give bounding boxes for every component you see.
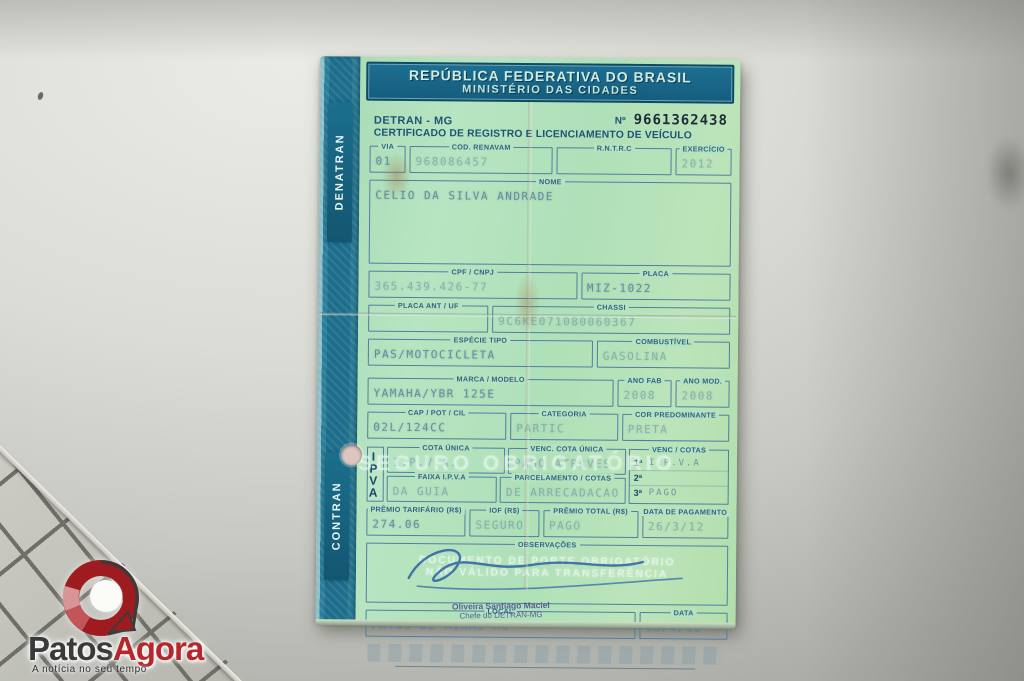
row-observacoes: OBSERVAÇÕES DOCUMENTO DE PORTE OBRIGATÓR… bbox=[366, 543, 729, 606]
field-cota-unica-value: I.P.V.A. bbox=[388, 448, 504, 472]
field-rntrc-value bbox=[558, 148, 671, 159]
document-left-strip: DENATRAN CONTRAN bbox=[316, 56, 361, 622]
field-marca-modelo: MARCA / MODELO YAMAHA/YBR 125E bbox=[367, 378, 613, 407]
field-combustivel-value: GASOLINA bbox=[598, 342, 729, 366]
field-faixa-ipva: FAIXA I.P.V.A DA GUIA bbox=[387, 476, 498, 503]
venc-cota-2-num: 2ª bbox=[634, 473, 649, 483]
field-ano-modelo: ANO MOD. 2008 bbox=[675, 380, 729, 407]
field-placa: PLACA MIZ-1022 bbox=[581, 272, 731, 300]
field-data: DATA 13/4/12 bbox=[639, 612, 727, 640]
field-cpf-value: 365.439.426-77 bbox=[369, 272, 576, 297]
punched-hole bbox=[341, 444, 362, 465]
field-parcelamento-cotas: PARCELAMENTO / COTAS DE ARRECADACAO bbox=[500, 477, 626, 504]
field-nome-value: CELIO DA SILVA ANDRADE bbox=[370, 181, 730, 207]
field-premio-tarifario-value: 274.06 bbox=[367, 510, 464, 534]
field-premio-total: PRÊMIO TOTAL (R$) PAGO bbox=[543, 510, 638, 538]
field-local-value: PATOS DE MINAS-MG bbox=[366, 611, 634, 636]
field-data-pagamento-value: 26/3/12 bbox=[643, 512, 728, 536]
document-number-value: 9661362438 bbox=[634, 112, 728, 129]
field-parcelamento-cotas-value: DE ARRECADACAO bbox=[501, 478, 625, 502]
field-placa-value: MIZ-1022 bbox=[582, 273, 730, 297]
row-premios: PRÊMIO TARIFÁRIO (R$) 274.06 IOF (R$) SE… bbox=[366, 509, 728, 539]
field-cpf: CPF / CNPJ 365.439.426-77 bbox=[368, 271, 577, 300]
field-faixa-ipva-value: DA GUIA bbox=[388, 477, 496, 501]
field-data-pagamento: DATA DE PAGAMENTO 26/3/12 bbox=[642, 511, 729, 539]
issuer-name: DETRAN - MG bbox=[374, 115, 453, 128]
field-ano-fabricacao-value: 2008 bbox=[618, 381, 670, 404]
row-marca-anos: MARCA / MODELO YAMAHA/YBR 125E ANO FAB 2… bbox=[367, 378, 729, 408]
contran-vertical-label: CONTRAN bbox=[324, 452, 350, 580]
signature-icon bbox=[373, 536, 719, 605]
venc-cota-1-value: I.P.V.A bbox=[649, 458, 701, 468]
field-observacoes: OBSERVAÇÕES DOCUMENTO DE PORTE OBRIGATÓR… bbox=[366, 543, 729, 606]
field-premio-total-value: PAGO bbox=[544, 511, 637, 535]
denatran-vertical-label: DENATRAN bbox=[327, 102, 353, 242]
field-cap-pot-cil: CAP / POT / CIL 02L/124CC bbox=[367, 412, 506, 440]
table-speck bbox=[37, 91, 44, 100]
document-body: REPÚBLICA FEDERATIVA DO BRASIL MINISTÉRI… bbox=[356, 57, 741, 626]
row-cpf-placa: CPF / CNPJ 365.439.426-77 PLACA MIZ-1022 bbox=[368, 271, 730, 301]
field-iof: IOF (R$) SEGURO bbox=[469, 509, 539, 537]
row-nome: NOME CELIO DA SILVA ANDRADE bbox=[369, 180, 732, 267]
wordmark-patos: Patos bbox=[28, 630, 113, 667]
document-number: Nº9661362438 bbox=[615, 111, 728, 130]
background-shadow-right bbox=[804, 0, 1024, 681]
field-combustivel: COMBUSTÍVEL GASOLINA bbox=[597, 341, 730, 369]
field-ano-fabricacao: ANO FAB 2008 bbox=[617, 380, 671, 407]
bottom-rule bbox=[395, 666, 695, 670]
field-especie-tipo: ESPÉCIE TIPO PAS/MOTOCICLETA bbox=[368, 339, 593, 368]
row-cap-categoria-cor: CAP / POT / CIL 02L/124CC CATEGORIA PART… bbox=[367, 412, 729, 442]
document-title: CERTIFICADO DE REGISTRO E LICENCIAMENTO … bbox=[374, 128, 734, 142]
field-cota-unica: COTA ÚNICA I.P.V.A. bbox=[387, 447, 505, 474]
ipva-vertical-label: IPVA bbox=[367, 447, 384, 502]
row-especie-combustivel: ESPÉCIE TIPO PAS/MOTOCICLETA COMBUSTÍVEL… bbox=[368, 339, 730, 369]
bottom-ghost-band bbox=[367, 644, 723, 665]
field-premio-tarifario: PRÊMIO TARIFÁRIO (R$) 274.06 bbox=[366, 509, 465, 537]
venc-cota-3-value: PAGO bbox=[649, 488, 679, 498]
field-local: LOCAL PATOS DE MINAS-MG Oliveira Santiag… bbox=[365, 610, 635, 639]
venc-cota-1-num: 1ª bbox=[634, 458, 649, 468]
field-venc-cotas: VENC / COTAS 1ª I.P.V.A 2ª 3ª PAGO bbox=[629, 449, 729, 505]
ipva-row-2: FAIXA I.P.V.A DA GUIA PARCELAMENTO / COT… bbox=[387, 476, 626, 504]
table-smudge bbox=[986, 136, 1024, 210]
header-country: REPÚBLICA FEDERATIVA DO BRASIL bbox=[370, 67, 730, 86]
field-cor-predominante: COR PREDOMINANTE PRETA bbox=[622, 414, 730, 442]
field-data-value: 13/4/12 bbox=[640, 613, 726, 637]
photo-scene: DENATRAN CONTRAN REPÚBLICA FEDERATIVA DO… bbox=[0, 0, 1024, 681]
venc-cota-row-3: 3ª PAGO bbox=[630, 486, 728, 501]
row-placaant-chassi: PLACA ANT / UF CHASSI 9C6KE071080060367 bbox=[368, 305, 730, 335]
field-cor-predominante-value: PRETA bbox=[623, 415, 729, 439]
field-nome: NOME CELIO DA SILVA ANDRADE bbox=[369, 180, 732, 267]
row-local-data: LOCAL PATOS DE MINAS-MG Oliveira Santiag… bbox=[365, 610, 727, 640]
wordmark-agora: Agora bbox=[113, 630, 203, 667]
row-via-renavam: VIA 01 COD. RENAVAM 968086457 R.N.T.R.C … bbox=[369, 146, 731, 176]
document-number-label: Nº bbox=[615, 116, 626, 127]
venc-cota-row-1: 1ª I.P.V.A bbox=[630, 456, 728, 472]
patosagora-wordmark: PatosAgora bbox=[28, 632, 203, 665]
field-exercicio-value: 2012 bbox=[676, 149, 730, 172]
venc-cota-row-2: 2ª bbox=[630, 471, 728, 487]
vehicle-registration-document: DENATRAN CONTRAN REPÚBLICA FEDERATIVA DO… bbox=[316, 56, 741, 626]
field-exercicio: EXERCÍCIO 2012 bbox=[675, 148, 731, 175]
field-rntrc: R.N.T.R.C bbox=[557, 147, 672, 175]
field-cap-pot-cil-value: 02L/124CC bbox=[368, 413, 505, 437]
field-marca-modelo-value: YAMAHA/YBR 125E bbox=[368, 379, 612, 404]
field-ano-modelo-value: 2008 bbox=[676, 381, 728, 404]
ipva-block: IPVA COTA ÚNICA I.P.V.A. VENC. COTA ÚNIC… bbox=[367, 447, 729, 505]
field-especie-tipo-value: PAS/MOTOCICLETA bbox=[369, 340, 592, 365]
field-via-value: 01 bbox=[370, 147, 404, 170]
field-placa-anterior: PLACA ANT / UF bbox=[368, 305, 488, 333]
patosagora-tagline: A notícia no seu tempo bbox=[32, 664, 147, 675]
field-via: VIA 01 bbox=[369, 146, 405, 173]
field-venc-cotas-label: VENC / COTAS bbox=[649, 445, 709, 455]
venc-cota-3-num: 3ª bbox=[634, 488, 649, 498]
ipva-fields: COTA ÚNICA I.P.V.A. VENC. COTA ÚNICA PAG… bbox=[387, 447, 626, 504]
document-header-band: REPÚBLICA FEDERATIVA DO BRASIL MINISTÉRI… bbox=[366, 62, 734, 104]
issuer-row: DETRAN - MG Nº9661362438 bbox=[374, 109, 728, 130]
ipva-row-1: COTA ÚNICA I.P.V.A. VENC. COTA ÚNICA PAG… bbox=[387, 447, 626, 475]
